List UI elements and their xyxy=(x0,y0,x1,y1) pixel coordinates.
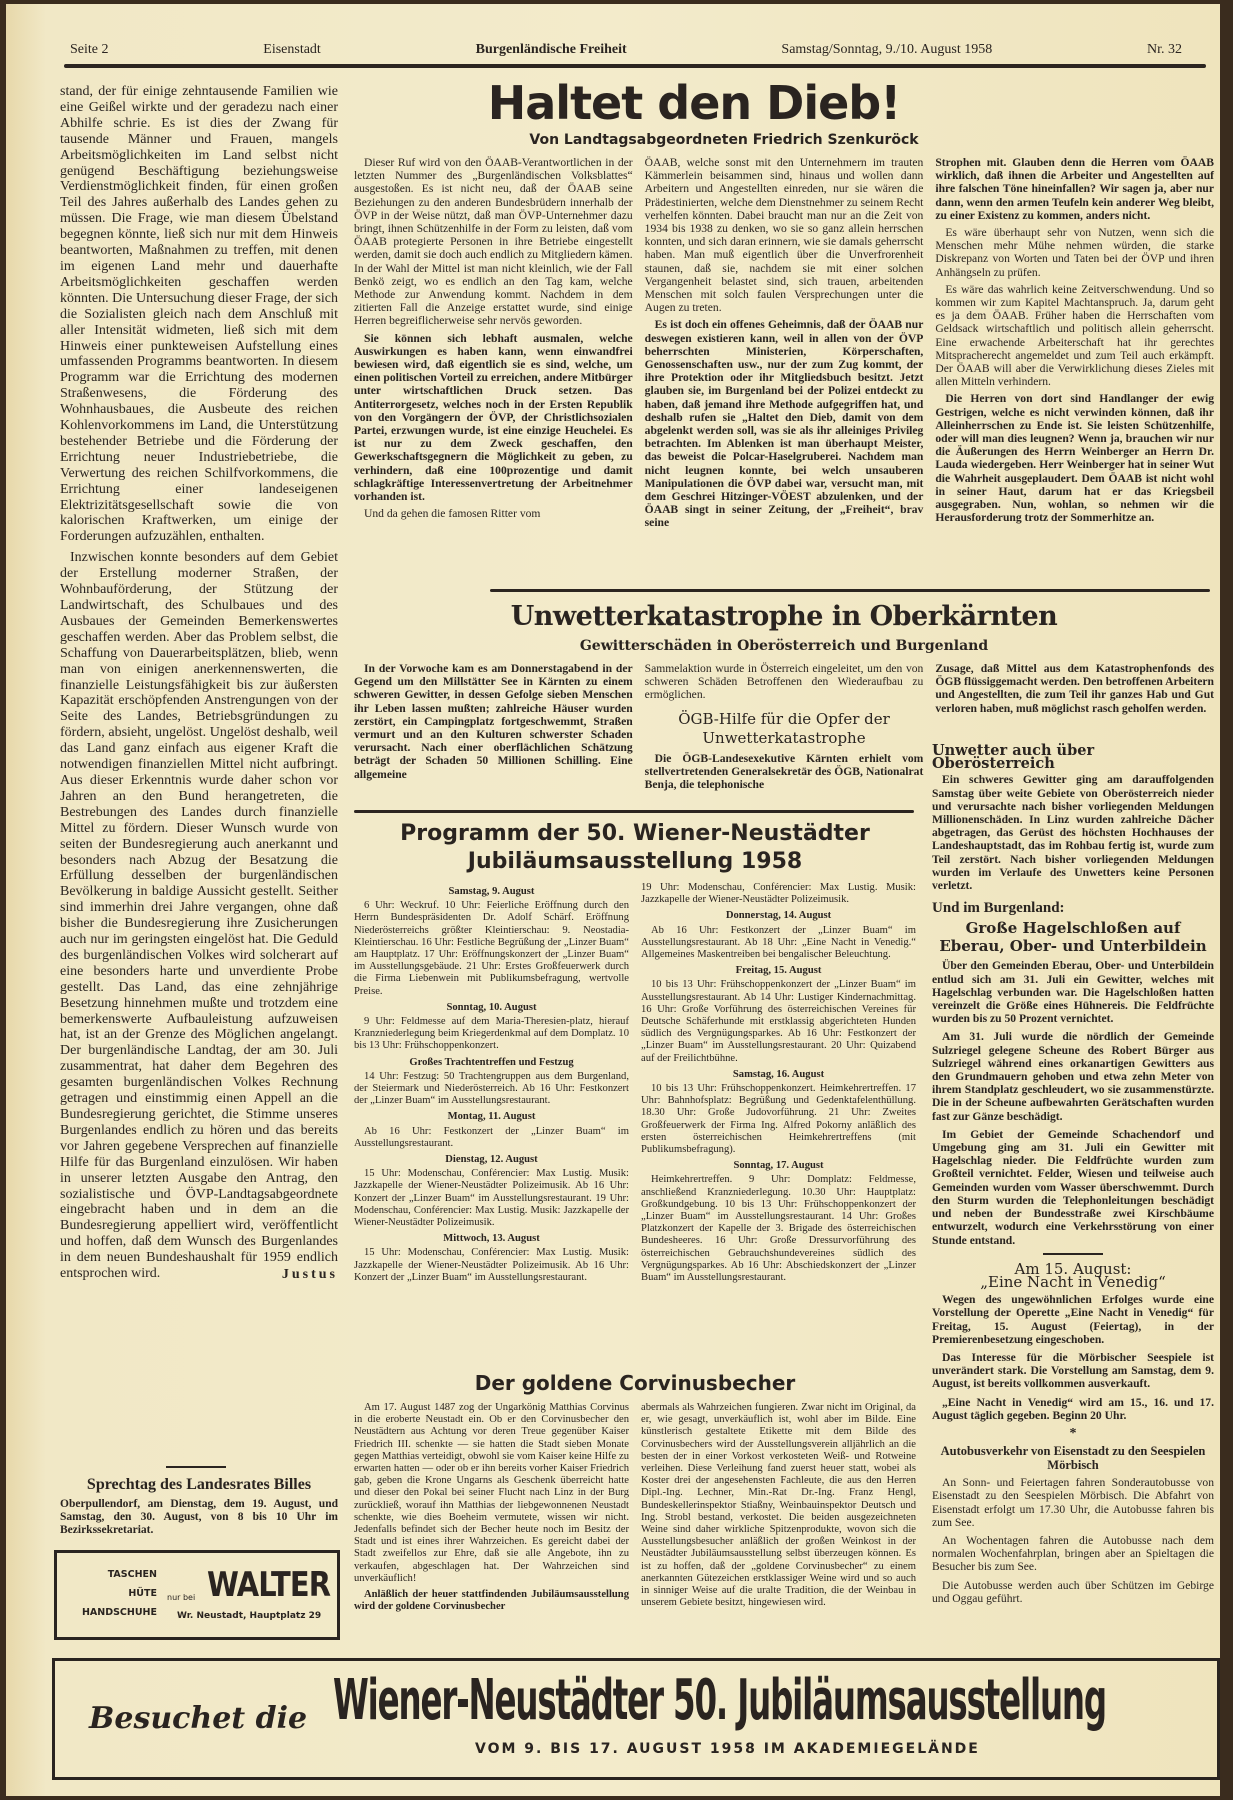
dieb-col-1: Dieser Ruf wird von den ÖAAB-Verantwortl… xyxy=(354,156,633,530)
newspaper-page: Seite 2 Eisenstadt Burgenländische Freih… xyxy=(6,4,1220,1796)
sprechtag-title: Sprechtag des Landesrates Billes xyxy=(60,1476,338,1494)
corvinus-title: Der goldene Corvinusbecher xyxy=(354,1370,916,1396)
sprechtag-body: Oberpullendorf, am Dienstag, dem 19. Aug… xyxy=(60,1498,338,1537)
oegb-text: Die ÖGB-Landesexekutive Kärnten erhielt … xyxy=(645,752,924,792)
ad-item-taschen: TASCHEN xyxy=(61,1565,157,1584)
right-column: Unwetter auch über Oberösterreich Ein sc… xyxy=(932,744,1214,1610)
dieb-col-3: Strophen mit. Glauben denn die Herren vo… xyxy=(935,156,1214,530)
autobus-p1: An Sonn- und Feiertagen fahren Sonderaut… xyxy=(932,1476,1214,1529)
dieb-c2-p2: Es ist doch ein offenes Geheimnis, daß d… xyxy=(645,318,924,529)
unwetter-subtitle: Gewitterschäden in Oberösterreich und Bu… xyxy=(354,638,1214,654)
masthead: Seite 2 Eisenstadt Burgenländische Freih… xyxy=(70,42,1182,64)
banner-dates: VOM 9. BIS 17. AUGUST 1958 IM AKADEMIEGE… xyxy=(475,1741,980,1757)
programm-col-2: 19 Uhr: Modenschau, Conférencier: Max Lu… xyxy=(641,882,916,1284)
corvinus-c2-p1: abermals als Wahrzeichen fungieren. Zwar… xyxy=(641,1402,916,1609)
unwetter-c2-text: Sammelaktion wurde in Österreich eingele… xyxy=(645,662,924,702)
venedig-p3: „Eine Nacht in Venedig“ wird am 15., 16.… xyxy=(932,1396,1214,1422)
program-day-heading: Samstag, 16. August xyxy=(641,1069,916,1081)
programm-col-1: Samstag, 9. August6 Uhr: Weckruf. 10 Uhr… xyxy=(354,882,629,1284)
dieb-col-2: ÖAAB, welche sonst mit den Unternehmern … xyxy=(645,156,924,530)
program-day-heading: Samstag, 9. August xyxy=(354,886,629,898)
burgenland-p1: Über den Gemeinden Eberau, Ober- und Unt… xyxy=(932,959,1214,1025)
burgenland-p2: Am 31. Juli wurde die nördlich der Gemei… xyxy=(932,1030,1214,1122)
programm-title-1: Programm der 50. Wiener-Neustädter xyxy=(354,820,916,848)
dieb-title: Haltet den Dieb! xyxy=(174,76,1214,130)
dieb-c3-p4: Die Herren von dort sind Handlanger der … xyxy=(935,392,1214,524)
corvinus-c1-p1: Am 17. August 1487 zog der Ungarkönig Ma… xyxy=(354,1402,629,1585)
asterisk-separator: * xyxy=(932,1427,1214,1440)
autobus-title: Autobusverkehr von Eisenstadt zu den See… xyxy=(932,1444,1214,1472)
program-day-text: Ab 16 Uhr: Festkonzert der „Linzer Buam“… xyxy=(641,925,916,962)
burgenland-p3: Im Gebiet der Gemeinde Schachendorf und … xyxy=(932,1128,1214,1247)
program-day-heading: Sonntag, 10. August xyxy=(354,1002,629,1014)
dieb-c1-p3: Und da gehen die famosen Ritter vom xyxy=(354,507,633,520)
programm-c2-intro: 19 Uhr: Modenschau, Conférencier: Max Lu… xyxy=(641,882,916,906)
autobus-p3: Die Autobusse werden auch über Schützen … xyxy=(932,1579,1214,1605)
program-day-heading: Freitag, 15. August xyxy=(641,965,916,977)
oegb-title: ÖGB-Hilfe für die Opfer der Unwetterkata… xyxy=(645,710,924,748)
dieb-c3-p3: Es wäre das wahrlich keine Zeitverschwen… xyxy=(935,283,1214,389)
program-day-heading: Sonntag, 17. August xyxy=(641,1160,916,1172)
corvinus-article: Der goldene Corvinusbecher Am 17. August… xyxy=(354,1370,916,1613)
place: Eisenstadt xyxy=(263,42,321,64)
ooe-title: Unwetter auch über Oberösterreich xyxy=(932,744,1214,770)
program-day-heading: Großes Trachtentreffen und Festzug xyxy=(354,1057,629,1069)
program-day-text: 9 Uhr: Feldmesse auf dem Maria-Theresien… xyxy=(354,1016,629,1053)
autobus-p2: An Wochentagen fahren die Autobusse nach… xyxy=(932,1534,1214,1574)
corvinus-c1-p2: Anläßlich der heuer stattfindenden Jubil… xyxy=(354,1589,629,1613)
paper-name: Burgenländische Freiheit xyxy=(476,42,627,64)
section-rule xyxy=(490,589,1210,592)
left-article: stand, der für einige zehntausende Famil… xyxy=(60,84,338,1283)
unwetter-col-2: Sammelaktion wurde in Österreich eingele… xyxy=(645,662,924,791)
unwetter-col-1: In der Vorwoche kam es am Donnerstagaben… xyxy=(354,662,633,791)
section-rule-2 xyxy=(354,810,914,813)
banner-headline: Wiener-Neustädter 50. Jubiläumsausstellu… xyxy=(333,1667,1106,1735)
program-day-text: 14 Uhr: Festzug: 50 Trachtengruppen aus … xyxy=(354,1071,629,1108)
burgenland-title: Große Hagelschloßen auf Eberau, Ober- un… xyxy=(932,919,1214,955)
unwetter-title: Unwetterkatastrophe in Oberkärnten xyxy=(354,600,1214,634)
jubilaeum-banner: Besuchet die Wiener-Neustädter 50. Jubil… xyxy=(52,1658,1220,1780)
ad-nur-bei: nur bei xyxy=(167,1593,195,1602)
dieb-c1-p1: Dieser Ruf wird von den ÖAAB-Verantwortl… xyxy=(354,156,633,328)
program-day-text: Heimkehrertreffen. 9 Uhr: Domplatz: Feld… xyxy=(641,1174,916,1284)
issue-date: Samstag/Sonntag, 9./10. August 1958 xyxy=(781,42,992,64)
program-day-text: 10 bis 13 Uhr: Frühschoppenkonzert der „… xyxy=(641,979,916,1064)
program-day-text: 6 Uhr: Weckruf. 10 Uhr: Feierliche Eröff… xyxy=(354,900,629,998)
ad-item-handschuhe: HANDSCHUHE xyxy=(61,1603,157,1622)
ooe-text: Ein schweres Gewitter ging am darauffolg… xyxy=(932,773,1214,892)
program-day-heading: Mittwoch, 13. August xyxy=(354,1233,629,1245)
ad-item-huete: HÜTE xyxy=(61,1584,157,1603)
venedig-p1: Wegen des ungewöhnlichen Erfolges wurde … xyxy=(932,1293,1214,1346)
dieb-byline: Von Landtagsabgeordneten Friedrich Szenk… xyxy=(234,132,1214,148)
dieb-article: Haltet den Dieb! Von Landtagsabgeordnete… xyxy=(354,76,1214,530)
dieb-c3-p2: Es wäre überhaupt sehr von Nutzen, wenn … xyxy=(935,226,1214,279)
left-paragraph-1: stand, der für einige zehntausende Famil… xyxy=(60,84,338,545)
banner-script: Besuchet die xyxy=(89,1701,307,1736)
program-day-text: 10 bis 13 Uhr: Frühschoppenkonzert. Heim… xyxy=(641,1083,916,1156)
ad-address: Wr. Neustadt, Hauptplatz 29 xyxy=(177,1611,321,1621)
sprechtag-box: Sprechtag des Landesrates Billes Oberpul… xyxy=(60,1476,338,1537)
corvinus-col-2: abermals als Wahrzeichen fungieren. Zwar… xyxy=(641,1402,916,1613)
program-day-text: Ab 16 Uhr: Festkonzert der „Linzer Buam“… xyxy=(354,1126,629,1150)
left-paragraph-2: Inzwischen konnte besonders auf dem Gebi… xyxy=(60,550,338,1282)
programm-title-2: Jubiläumsausstellung 1958 xyxy=(354,848,916,876)
programm-article: Programm der 50. Wiener-Neustädter Jubil… xyxy=(354,820,916,1284)
masthead-rule xyxy=(64,64,1206,68)
program-day-text: 15 Uhr: Modenschau, Conférencier: Max Lu… xyxy=(354,1247,629,1284)
dieb-c1-p2: Sie können sich lebhaft ausmalen, welche… xyxy=(354,332,633,504)
page-number: Seite 2 xyxy=(70,42,109,64)
issue-number: Nr. 32 xyxy=(1147,42,1182,64)
divider-right xyxy=(1043,1253,1103,1255)
dieb-c3-p1: Strophen mit. Glauben denn die Herren vo… xyxy=(935,156,1214,222)
program-day-text: 15 Uhr: Modenschau, Conférencier: Max Lu… xyxy=(354,1168,629,1229)
venedig-title-2: „Eine Nacht in Venedig“ xyxy=(932,1276,1214,1289)
program-day-heading: Dienstag, 12. August xyxy=(354,1154,629,1166)
divider xyxy=(166,1466,226,1468)
ad-brand: WALTER xyxy=(207,1565,330,1605)
walter-ad: TASCHEN HÜTE HANDSCHUHE nur bei WALTER W… xyxy=(54,1550,340,1640)
dieb-c2-p1: ÖAAB, welche sonst mit den Unternehmern … xyxy=(645,156,924,314)
venedig-p2: Das Interesse für die Mörbischer Seespie… xyxy=(932,1351,1214,1391)
program-day-heading: Donnerstag, 14. August xyxy=(641,910,916,922)
program-day-heading: Montag, 11. August xyxy=(354,1111,629,1123)
burgenland-kicker: Und im Burgenland: xyxy=(932,902,1214,915)
corvinus-col-1: Am 17. August 1487 zog der Ungarkönig Ma… xyxy=(354,1402,629,1613)
